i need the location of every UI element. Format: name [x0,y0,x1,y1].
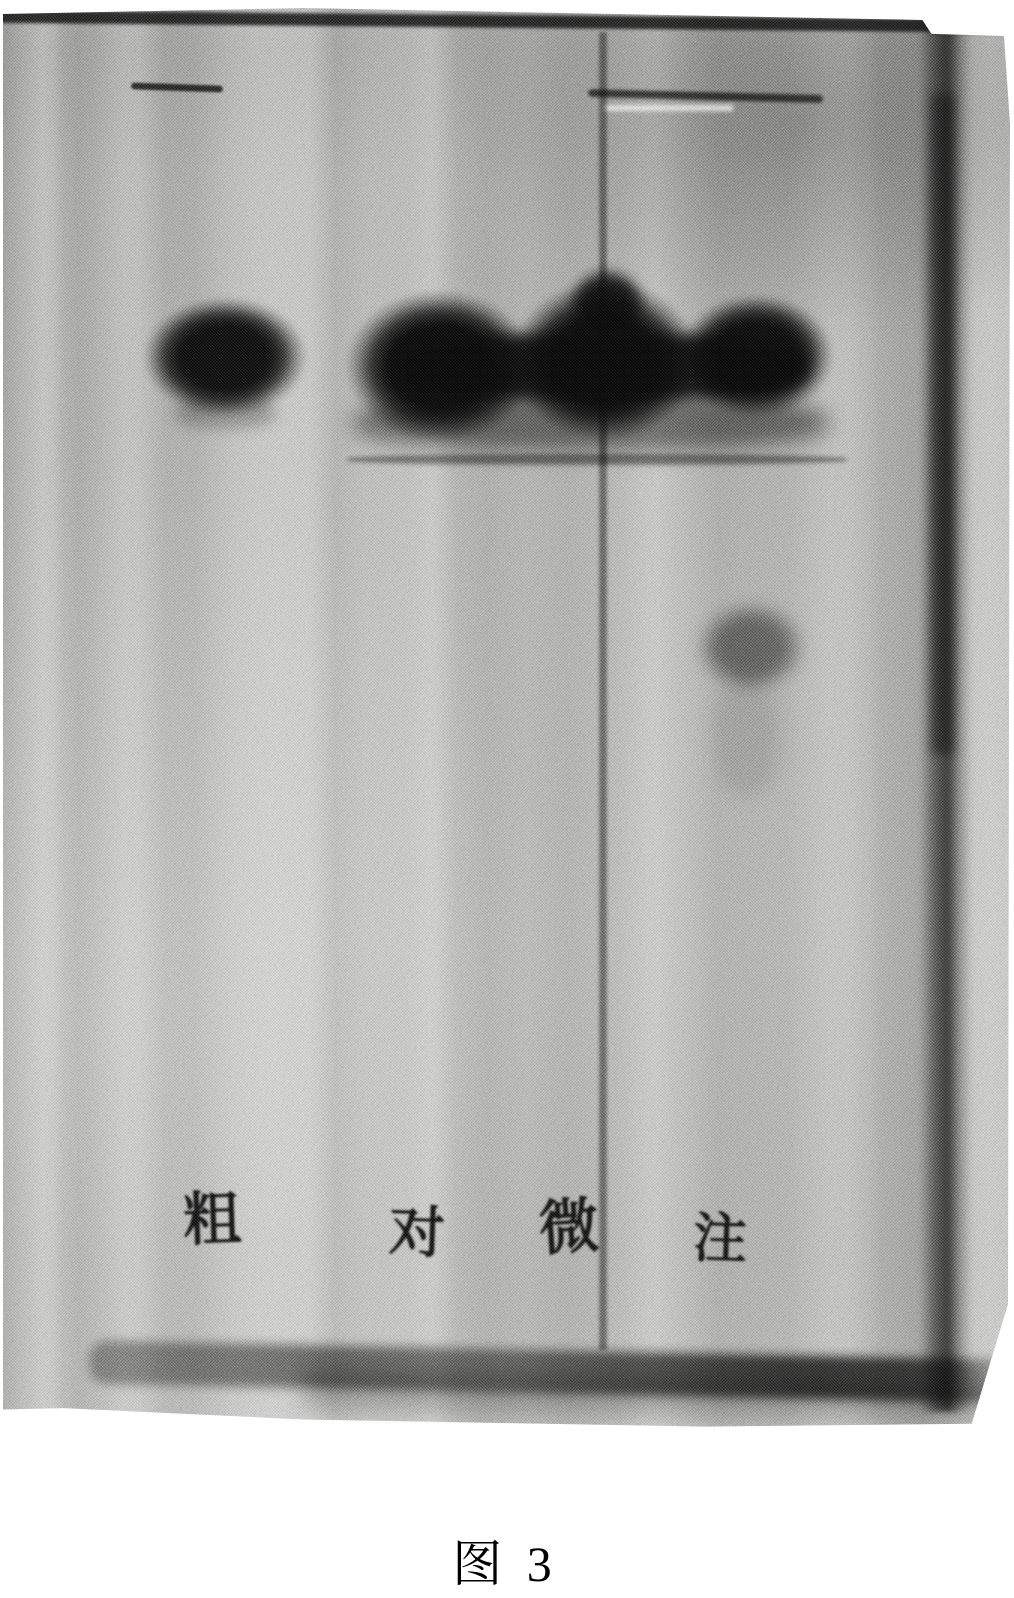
tlc-plate-photo: 粗对微注 [3,4,1010,1428]
plate-top-edge-line-faint [931,26,1009,34]
figure-caption: 图 3 [380,1536,630,1594]
patent-figure-page: 粗对微注 图 3 [0,0,1014,1598]
film-grain-overlay-dark [3,4,1010,1428]
